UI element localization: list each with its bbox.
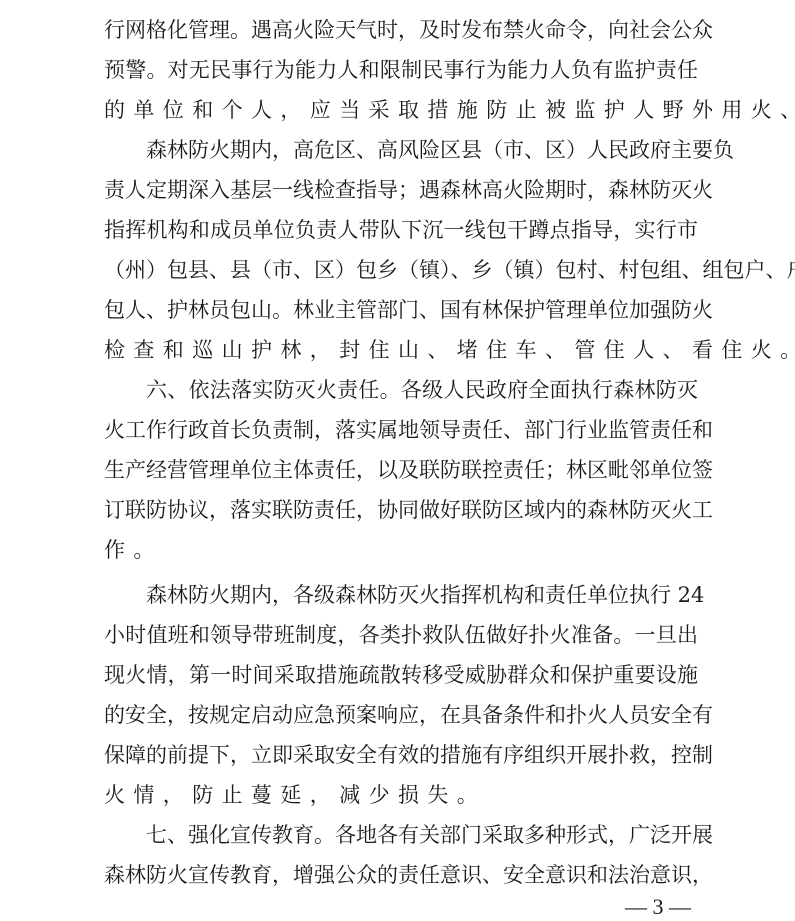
text-line-17: 现火情，第一时间采取措施疏散转移受威胁群众和保护重要设施 [104,660,698,690]
text-line-6: 指挥机构和成员单位负责人带队下沉一线包干蹲点指导，实行市 [104,215,698,245]
text-line-7: （州）包县、县（市、区）包乡（镇）、乡（镇）包村、村包组、组包户、户 [104,255,698,285]
text-line-3: 的单位和个人，应当采取措施防止被监护人野外用火、玩火。 [104,95,698,125]
text-line-18: 的安全，按规定启动应急预案响应，在具备条件和扑火人员安全有 [104,700,698,730]
text-line-2: 预警。对无民事行为能力人和限制民事行为能力人负有监护责任 [104,55,698,85]
text-line-11: 火工作行政首长负责制，落实属地领导责任、部门行业监管责任和 [104,415,698,445]
document-page: 行网格化管理。遇高火险天气时，及时发布禁火命令，向社会公众 预警。对无民事行为能… [0,0,795,921]
text-line-9: 检查和巡山护林，封住山、堵住车、管住人、看住火。 [104,335,698,365]
text-line-20: 火情，防止蔓延，减少损失。 [104,780,698,810]
section-heading-6-line: 六、依法落实防灭火责任。各级人民政府全面执行森林防灭 [146,375,698,405]
text-line-22: 森林防火宣传教育，增强公众的责任意识、安全意识和法治意识， [104,860,698,890]
text-line-19: 保障的前提下，立即采取安全有效的措施有序组织开展扑救，控制 [104,740,698,770]
section-heading-7-line: 七、强化宣传教育。各地各有关部门采取多种形式，广泛开展 [146,820,698,850]
text-line-15: 森林防火期内，各级森林防灭火指挥机构和责任单位执行 24 [146,580,698,610]
text-line-12: 生产经营管理单位主体责任，以及联防联控责任；林区毗邻单位签 [104,455,698,485]
text-line-14: 作。 [104,535,698,565]
text-line-4: 森林防火期内，高危区、高风险区县（市、区）人民政府主要负 [146,135,698,165]
text-line-13: 订联防协议，落实联防责任，协同做好联防区域内的森林防灭火工 [104,495,698,525]
text-line-5: 责人定期深入基层一线检查指导；遇森林高火险期时，森林防灭火 [104,175,698,205]
text-line-8: 包人、护林员包山。林业主管部门、国有林保护管理单位加强防火 [104,295,698,325]
text-line-16: 小时值班和领导带班制度，各类扑救队伍做好扑火准备。一旦出 [104,620,698,650]
page-number: — 3 — [618,893,698,921]
text-line-1: 行网格化管理。遇高火险天气时，及时发布禁火命令，向社会公众 [104,15,698,45]
